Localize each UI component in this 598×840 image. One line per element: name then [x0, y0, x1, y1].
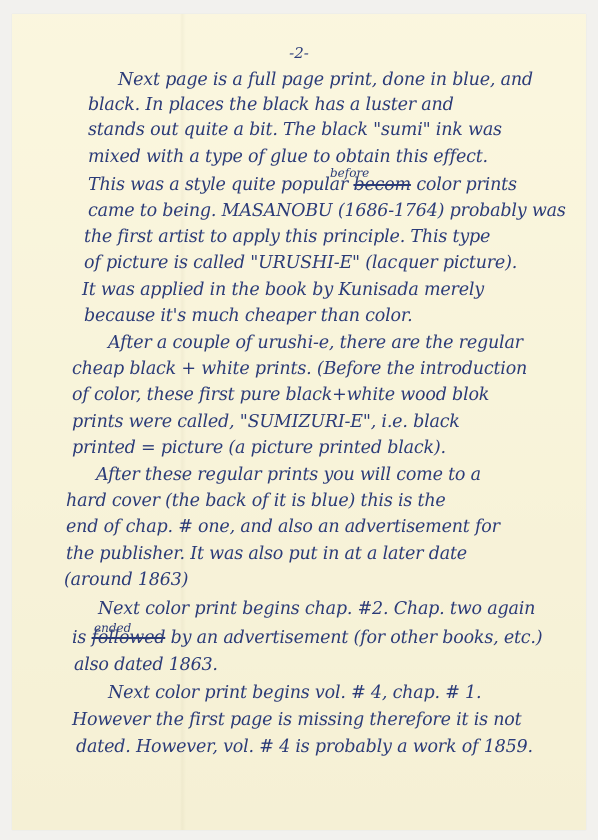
text-line-5-start: This was a style quite popular: [88, 175, 353, 195]
struck-word-becom: becom: [353, 175, 411, 195]
text-line-3: stands out quite a bit. The black "sumi"…: [88, 120, 502, 140]
text-line-8: of picture is called "URUSHI-E" (lacquer…: [84, 253, 517, 273]
text-line-26: dated. However, vol. # 4 is probably a w…: [76, 737, 533, 757]
text-line-20: (around 1863): [64, 570, 188, 590]
text-line-14: prints were called, "SUMIZURI-E", i.e. b…: [72, 412, 460, 432]
struck-word-followed: followed: [92, 628, 166, 648]
page-number: -2-: [12, 44, 586, 62]
text-line-2: black. In places the black has a luster …: [88, 95, 454, 115]
text-line-12: cheap black + white prints. (Before the …: [72, 359, 527, 379]
text-line-22-end: by an advertisement (for other books, et…: [165, 628, 542, 648]
text-line-13: of color, these first pure black+white w…: [72, 385, 489, 405]
text-line-17: hard cover (the back of it is blue) this…: [66, 491, 446, 511]
text-line-18: end of chap. # one, and also an advertis…: [66, 517, 500, 537]
text-line-23: also dated 1863.: [74, 655, 218, 675]
text-line-5: This was a style quite popular becom col…: [88, 175, 517, 195]
text-line-16: After these regular prints you will come…: [96, 465, 481, 485]
text-line-1: Next page is a full page print, done in …: [118, 70, 533, 90]
text-line-10: because it's much cheaper than color.: [84, 306, 412, 326]
text-line-15: printed = picture (a picture printed bla…: [72, 438, 446, 458]
text-line-7: the first artist to apply this principle…: [84, 227, 490, 247]
text-line-21: Next color print begins chap. #2. Chap. …: [98, 599, 535, 619]
text-line-5-end: color prints: [411, 175, 517, 195]
text-line-25: However the first page is missing theref…: [72, 710, 521, 730]
text-line-4: mixed with a type of glue to obtain this…: [88, 147, 488, 167]
handwritten-letter-page: -2- Next page is a full page print, done…: [12, 14, 586, 830]
text-line-6: came to being. MASANOBU (1686-1764) prob…: [88, 201, 566, 221]
text-line-22: is followed by an advertisement (for oth…: [72, 628, 542, 648]
text-line-19: the publisher. It was also put in at a l…: [66, 544, 467, 564]
text-line-24: Next color print begins vol. # 4, chap. …: [108, 683, 481, 703]
text-line-11: After a couple of urushi-e, there are th…: [108, 333, 523, 353]
text-line-22-start: is: [72, 628, 92, 648]
text-line-9: It was applied in the book by Kunisada m…: [82, 280, 484, 300]
